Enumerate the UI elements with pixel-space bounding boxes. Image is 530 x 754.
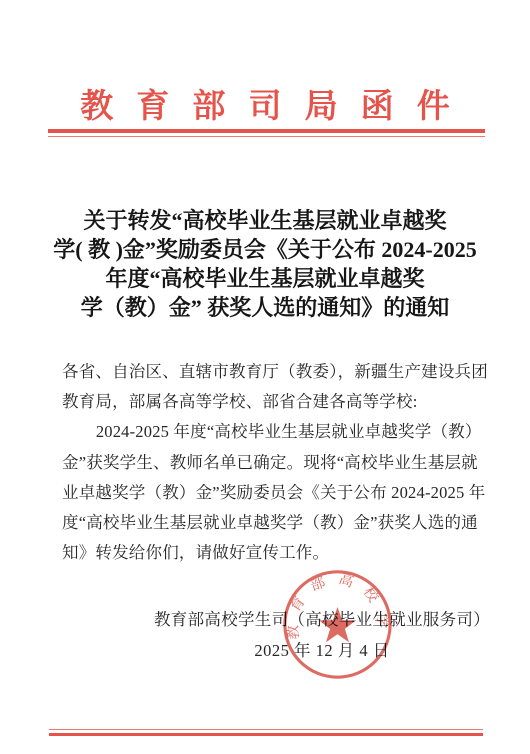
header-rule-thin-line	[48, 136, 485, 137]
doc-title-line-4: 学（教）金” 获奖人选的通知》的通知	[0, 293, 530, 322]
body-line-1: 各省、自治区、直辖市教育厅（教委），新疆生产建设兵团	[62, 357, 482, 387]
body-line-3: 2024-2025 年度“高校毕业生基层就业卓越奖学（教）	[62, 417, 482, 447]
body-line-7: 知》转发给你们，请做好宣传工作。	[62, 538, 482, 568]
letterhead-title: 教育部司局函件	[80, 89, 473, 125]
body-line-4: 金”获奖学生、教师名单已确定。现将“高校毕业生基层就	[62, 448, 482, 478]
star-icon	[319, 607, 356, 642]
body-text: 各省、自治区、直辖市教育厅（教委），新疆生产建设兵团 教育局，部属各高等学校、部…	[62, 357, 482, 568]
footer-rule	[49, 729, 483, 736]
body-line-6: 度“高校毕业生基层就业卓越奖学（教）金”获奖人选的通	[62, 508, 482, 538]
doc-title-line-3: 年度“高校毕业生基层就业卓越奖	[0, 264, 530, 293]
header-rule-thick-line	[48, 129, 485, 133]
body-line-2: 教育局，部属各高等学校、部省合建各高等学校:	[62, 387, 482, 417]
doc-title-line-1: 关于转发“高校毕业生基层就业卓越奖	[0, 206, 530, 235]
document-page: 教育部司局函件 关于转发“高校毕业生基层就业卓越奖 学( 教 )金”奖励委员会《…	[0, 0, 530, 754]
doc-title: 关于转发“高校毕业生基层就业卓越奖 学( 教 )金”奖励委员会《关于公布 202…	[0, 206, 530, 322]
letterhead-banner: 教育部司局函件	[0, 80, 530, 127]
doc-title-line-2: 学( 教 )金”奖励委员会《关于公布 2024-2025	[0, 235, 530, 264]
footer-rule-thin-line	[49, 729, 483, 730]
body-line-5: 业卓越奖学（教）金”奖励委员会《关于公布 2024-2025 年	[62, 478, 482, 508]
footer-rule-thick-line	[49, 733, 483, 737]
header-rule	[48, 129, 485, 137]
official-seal-stamp: 教育部高校学生司	[279, 566, 396, 683]
